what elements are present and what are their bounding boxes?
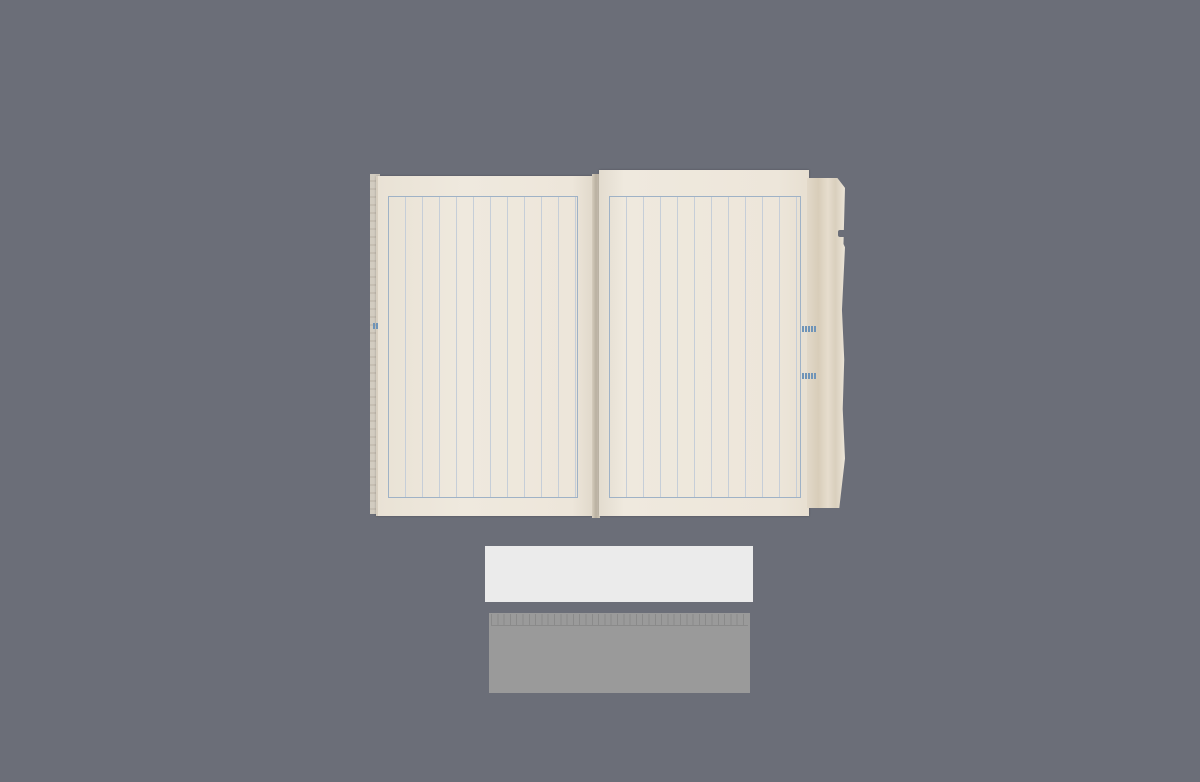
edge-mark [802, 373, 816, 379]
page-notch [838, 230, 846, 237]
right-page [599, 170, 809, 516]
color-patches [491, 647, 748, 691]
left-page-text [393, 203, 573, 491]
right-page-frame [609, 196, 801, 498]
ruler [491, 614, 748, 626]
right-page-text [614, 203, 796, 491]
left-page [376, 176, 594, 516]
edge-mark [802, 326, 816, 332]
open-book [370, 168, 850, 523]
edge-mark [373, 323, 379, 329]
document-label [485, 546, 753, 602]
left-page-frame [388, 196, 578, 498]
color-calibration-chart [489, 613, 750, 693]
page-stack-edge [807, 178, 845, 508]
